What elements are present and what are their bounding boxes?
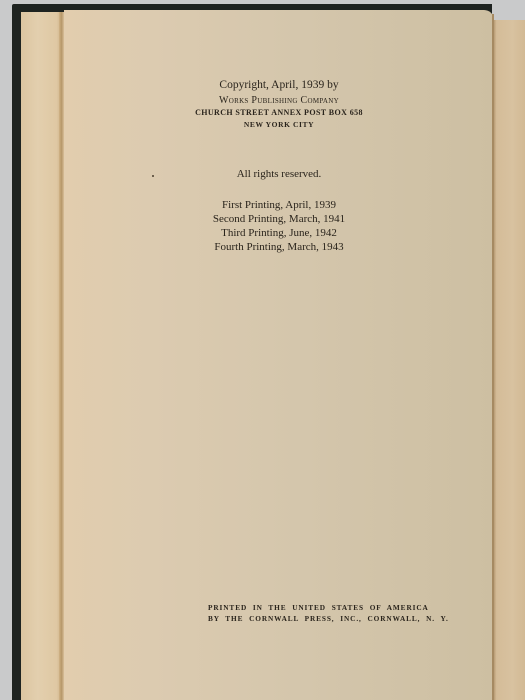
- printer-imprint: Printed in the United States of America …: [208, 604, 418, 627]
- printing-line: Second Printing, March, 1941: [64, 214, 494, 225]
- publisher-address: Church Street Annex Post Box 658: [64, 109, 494, 117]
- copyright-block: Copyright, April, 1939 by Works Publishi…: [64, 80, 494, 128]
- printer-name-line: By The Cornwall Press, Inc., Cornwall, N…: [208, 615, 418, 622]
- printing-history: First Printing, April, 1939 Second Print…: [64, 200, 494, 256]
- copyright-line: Copyright, April, 1939 by: [64, 80, 494, 92]
- publisher-city: New York City: [64, 121, 494, 129]
- printing-line: First Printing, April, 1939: [64, 200, 494, 211]
- left-page-edges: [21, 12, 63, 700]
- printed-in-line: Printed in the United States of America: [208, 604, 418, 611]
- publisher-name: Works Publishing Company: [64, 96, 494, 106]
- printing-line: Fourth Printing, March, 1943: [64, 242, 494, 253]
- printing-line: Third Printing, June, 1942: [64, 228, 494, 239]
- right-page-edges: [494, 20, 525, 700]
- paper-speck: [152, 175, 154, 177]
- rights-reserved: All rights reserved.: [64, 168, 494, 180]
